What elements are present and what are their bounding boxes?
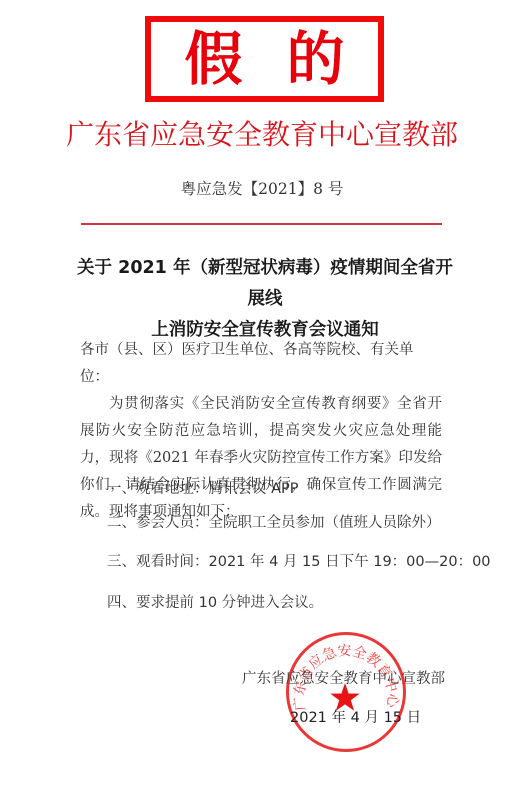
fake-watermark-label: 假的 xyxy=(184,30,388,88)
document-heading: 关于 2021 年（新型冠状病毒）疫情期间全省开展线 上消防安全宣传教育会议通知 xyxy=(70,253,460,346)
list-item-2: 二、参会人员：全院职工全员参加（值班人员除外） xyxy=(107,512,441,534)
red-divider xyxy=(81,223,442,225)
list-item-1: 一、观看地址：腾讯会议 APP xyxy=(107,478,299,500)
signature-date: 2021 年 4 月 15 日 xyxy=(290,707,421,729)
fake-watermark-box: 假的 xyxy=(145,16,384,102)
official-seal: 广东省应急安全教育中心 xyxy=(286,632,406,752)
org-title: 广东省应急安全教育中心宣教部 xyxy=(0,117,524,153)
signature-org: 广东省应急安全教育中心宣教部 xyxy=(242,668,445,690)
list-item-4: 四、要求提前 10 分钟进入会议。 xyxy=(107,592,323,614)
heading-line-1: 关于 2021 年（新型冠状病毒）疫情期间全省开展线 xyxy=(70,253,460,315)
document-number: 粤应急发【2021】8 号 xyxy=(0,178,524,200)
body-paragraph: 为贯彻落实《全民消防安全宣传教育纲要》全省开展防火安全防范应急培训，提高突发火灾… xyxy=(80,391,442,526)
list-item-3: 三、观看时间：2021 年 4 月 15 日下午 19：00—20：00 xyxy=(107,551,491,573)
seal-graphic: 广东省应急安全教育中心 xyxy=(289,635,403,749)
salutation: 各市（县、区）医疗卫生单位、各高等院校、有关单位： xyxy=(80,337,442,391)
